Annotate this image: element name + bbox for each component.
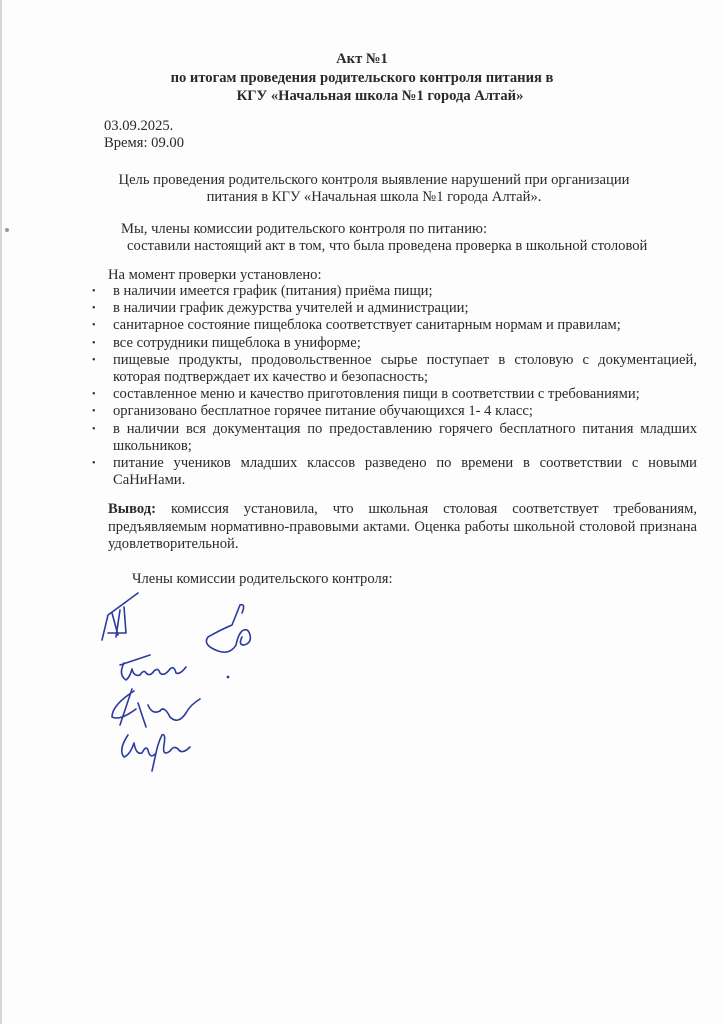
list-item: •санитарное состояние пищеблока соответс… [92,317,697,334]
list-item: •питание учеников младших классов развед… [92,455,697,489]
bullet-icon: • [92,352,96,369]
list-item: •в наличии имеется график (питания) приё… [92,283,697,300]
findings-intro: На момент проверки установлено: [108,267,322,284]
signature-3-icon [120,655,186,680]
bullet-icon: • [92,317,96,334]
findings-list: •в наличии имеется график (питания) приё… [92,283,697,489]
signature-1-icon [102,593,138,640]
statement-line1: Мы, члены комиссии родительского контрол… [121,221,487,238]
ink-dot [227,676,230,679]
bullet-icon: • [92,386,96,403]
signature-2-icon [206,605,250,652]
bullet-icon: • [92,455,96,472]
signature-4-icon [112,689,200,727]
bullet-icon: • [92,403,96,420]
document-page: Акт №1 по итогам проведения родительског… [0,0,724,1024]
purpose-line2: питания в КГУ «Начальная школа №1 города… [12,189,724,206]
statement-line2: составили настоящий акт в том, что была … [127,238,647,255]
conclusion-label: Вывод: [108,501,156,517]
conclusion-text: комиссия установила, что школьная столов… [108,501,697,552]
scan-edge [0,0,2,1024]
signature-5-icon [122,735,190,771]
list-item: •организовано бесплатное горячее питание… [92,403,697,420]
bullet-icon: • [92,300,96,317]
list-item: •в наличии график дежурства учителей и а… [92,300,697,317]
list-item: •пищевые продукты, продовольственное сыр… [92,352,697,386]
bullet-icon: • [92,283,96,300]
purpose-line1: Цель проведения родительского контроля в… [12,172,724,189]
bullet-icon: • [92,335,96,352]
scan-speck [5,228,9,232]
document-title: Акт №1 [0,50,724,69]
signatures-block [90,585,290,775]
bullet-icon: • [92,421,96,438]
act-time: Время: 09.00 [104,135,184,152]
document-subtitle-line2: КГУ «Начальная школа №1 города Алтай» [18,87,724,106]
conclusion: Вывод: комиссия установила, что школьная… [108,501,697,554]
list-item: •в наличии вся документация по предостав… [92,421,697,455]
list-item: •составленное меню и качество приготовле… [92,386,697,403]
document-subtitle-line1: по итогам проведения родительского контр… [0,69,724,88]
act-date: 03.09.2025. [104,118,173,135]
list-item: •все сотрудники пищеблока в униформе; [92,335,697,352]
